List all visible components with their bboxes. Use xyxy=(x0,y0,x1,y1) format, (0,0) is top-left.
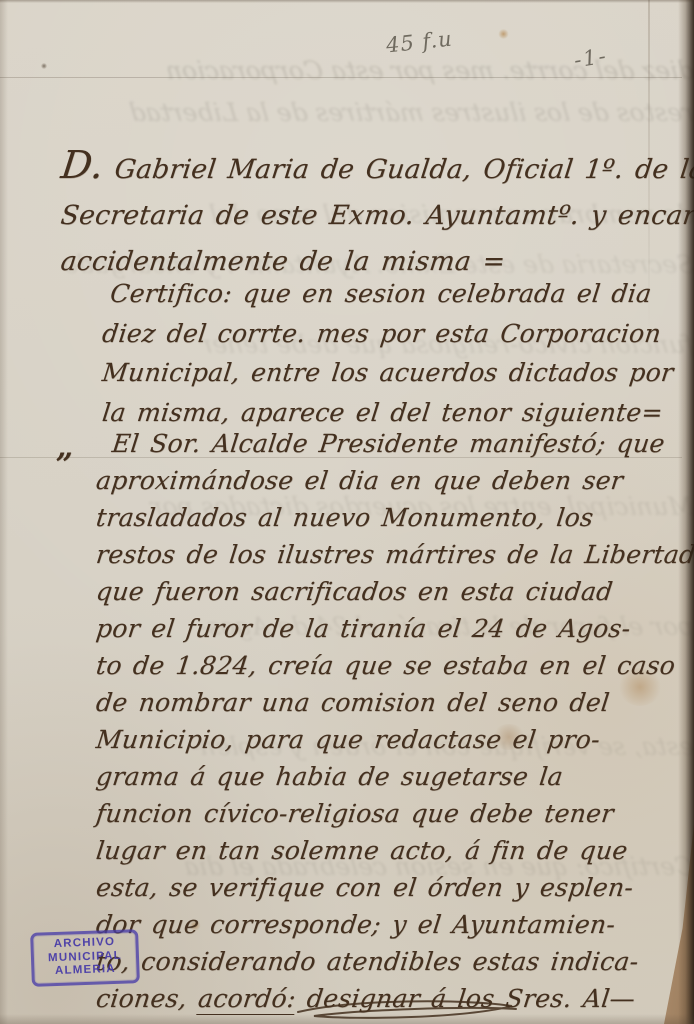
ink-speck xyxy=(41,63,47,69)
page-edge-left xyxy=(0,0,8,1024)
manuscript-line: Municipio, para que redactase el pro- xyxy=(94,721,694,758)
manuscript-line: funcion cívico-religiosa que debe tener xyxy=(94,795,694,832)
manuscript-line: grama á que habia de sugetarse la xyxy=(94,758,694,795)
bleedthrough-text: restos de los ilustres mártires de la Li… xyxy=(0,98,694,127)
manuscript-line: restos de los ilustres mártires de la Li… xyxy=(94,536,694,573)
heading-paragraph: D. Gabriel Maria de Gualda, Oficial 1º. … xyxy=(58,147,694,285)
manuscript-line: Secretaria de este Exmo. Ayuntamtº. y en… xyxy=(58,193,694,239)
acuerdo-paragraph: El Sor. Alcalde Presidente manifestó; qu… xyxy=(94,425,693,1017)
manuscript-line: Municipal, entre los acuerdos dictados p… xyxy=(100,353,676,393)
fold-line xyxy=(0,77,682,78)
manuscript-line: lugar en tan solemne acto, á fin de que xyxy=(94,832,694,869)
manuscript-line: que fueron sacrificados en esta ciudad xyxy=(94,573,694,610)
manuscript-line: por el furor de la tiranía el 24 de Agos… xyxy=(94,610,694,647)
underlined-word-acordo: acordó: xyxy=(196,984,297,1015)
manuscript-line: esta, se verifique con el órden y esplen… xyxy=(94,869,694,906)
manuscript-line: Certifico: que en sesion celebrada el di… xyxy=(100,274,676,314)
manuscript-line: dor que corresponde; y el Ayuntamien- xyxy=(94,906,694,943)
page-edge-top xyxy=(0,0,694,3)
manuscript-line: aproximándose el dia en que deben ser xyxy=(94,462,694,499)
manuscript-line: D. Gabriel Maria de Gualda, Oficial 1º. … xyxy=(58,147,694,193)
open-quote-mark: „ xyxy=(56,430,73,465)
manuscript-line: trasladados al nuevo Monumento, los xyxy=(94,499,694,536)
manuscript-line: de nombrar una comision del seno del xyxy=(94,684,694,721)
manuscript-line: El Sor. Alcalde Presidente manifestó; qu… xyxy=(94,425,694,462)
certification-paragraph: Certifico: que en sesion celebrada el di… xyxy=(100,274,671,432)
archive-stamp: ARCHIVO MUNICIPAL ALMERIA xyxy=(30,929,140,986)
final-line-prefix: ciones, xyxy=(94,984,200,1013)
ink-stain xyxy=(498,29,509,39)
manuscript-line: to, considerando atendibles estas indica… xyxy=(94,943,694,980)
page-number: -1- xyxy=(572,44,609,73)
folio-annotation: 45 f.u xyxy=(385,27,454,58)
page-edge-bottom xyxy=(0,1014,694,1024)
manuscript-line: to de 1.824, creía que se estaba en el c… xyxy=(94,647,694,684)
manuscript-line: diez del corrte. mes por esta Corporacio… xyxy=(100,314,676,354)
manuscript-page: diez del corrte. mes por esta Corporacio… xyxy=(0,0,694,1024)
page-edge-right xyxy=(678,0,694,1024)
